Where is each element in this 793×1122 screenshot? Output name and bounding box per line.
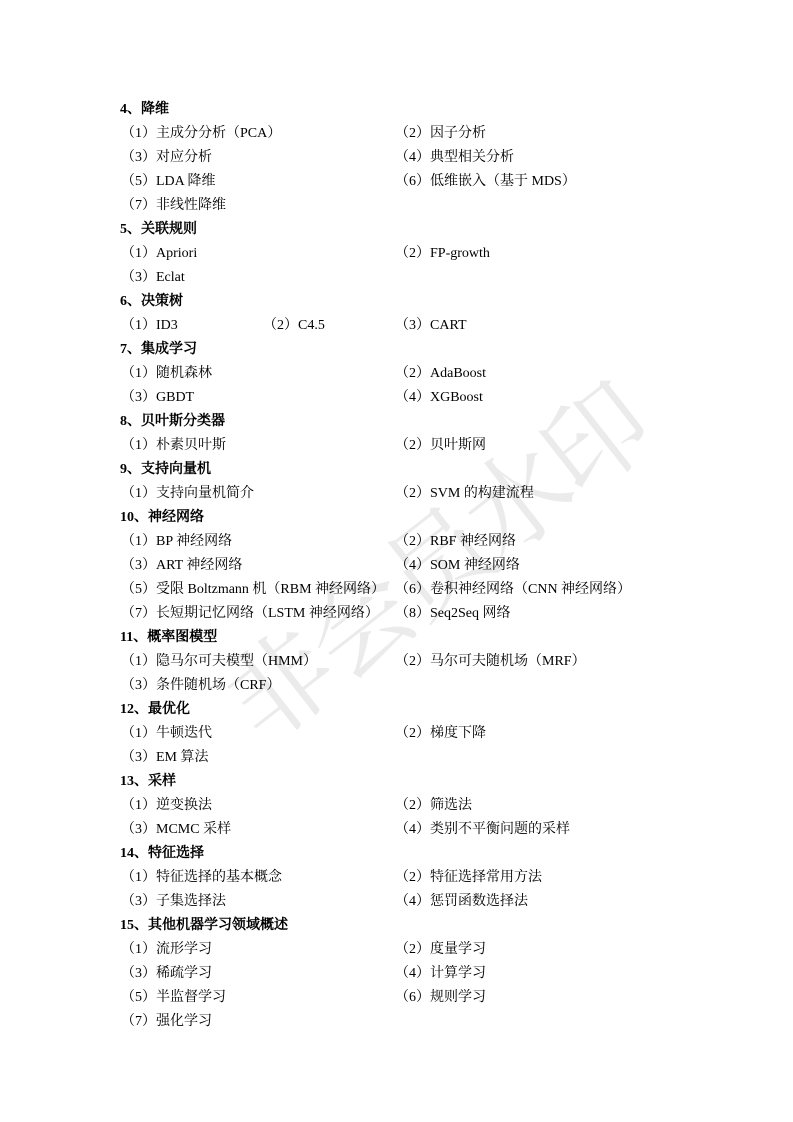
list-item: （2）SVM 的构建流程 (395, 482, 534, 506)
document-page: 非会员水印 4、降维 （1）主成分分析（PCA） （2）因子分析 （3）对应分析… (0, 0, 793, 1122)
list-item: （1）BP 神经网络 (121, 530, 232, 554)
list-row: （7）长短期记忆网络（LSTM 神经网络） （8）Seq2Seq 网络 (0, 602, 793, 626)
list-row: （1）支持向量机简介 （2）SVM 的构建流程 (0, 482, 793, 506)
section-heading-row: 7、集成学习 (0, 338, 793, 362)
list-row: （1）BP 神经网络 （2）RBF 神经网络 (0, 530, 793, 554)
list-item: （8）Seq2Seq 网络 (395, 602, 511, 626)
list-item: （3）子集选择法 (121, 890, 226, 914)
section-heading-optimization: 12、最优化 (120, 698, 190, 722)
list-item: （2）筛选法 (395, 794, 472, 818)
list-row: （3）子集选择法 （4）惩罚函数选择法 (0, 890, 793, 914)
list-row: （1）主成分分析（PCA） （2）因子分析 (0, 122, 793, 146)
list-row: （3）对应分析 （4）典型相关分析 (0, 146, 793, 170)
list-item: （6）低维嵌入（基于 MDS） (395, 170, 576, 194)
list-row: （1）隐马尔可夫模型（HMM） （2）马尔可夫随机场（MRF） (0, 650, 793, 674)
list-item: （1）Apriori (121, 242, 197, 266)
list-row: （1）Apriori （2）FP-growth (0, 242, 793, 266)
section-heading-row: 5、关联规则 (0, 218, 793, 242)
section-heading-svm: 9、支持向量机 (120, 458, 211, 482)
list-item: （1）牛顿迭代 (121, 722, 212, 746)
list-row: （1）逆变换法 （2）筛选法 (0, 794, 793, 818)
list-row: （1）特征选择的基本概念 （2）特征选择常用方法 (0, 866, 793, 890)
section-heading-feature-selection: 14、特征选择 (120, 842, 204, 866)
list-row: （1）朴素贝叶斯 （2）贝叶斯网 (0, 434, 793, 458)
list-item: （3）GBDT (121, 386, 194, 410)
section-heading-probabilistic-graphical-models: 11、概率图模型 (120, 626, 217, 650)
list-item: （1）朴素贝叶斯 (121, 434, 226, 458)
list-row: （3）稀疏学习 （4）计算学习 (0, 962, 793, 986)
list-row: （1）ID3 （2）C4.5 （3）CART (0, 314, 793, 338)
section-heading-decision-tree: 6、决策树 (120, 290, 183, 314)
list-item: （2）RBF 神经网络 (395, 530, 516, 554)
list-item: （3）条件随机场（CRF） (121, 674, 280, 698)
list-row: （3）MCMC 采样 （4）类别不平衡问题的采样 (0, 818, 793, 842)
list-item: （1）隐马尔可夫模型（HMM） (121, 650, 317, 674)
list-item: （4）XGBoost (395, 386, 483, 410)
list-item: （7）强化学习 (121, 1010, 212, 1034)
list-item: （6）卷积神经网络（CNN 神经网络） (395, 578, 631, 602)
section-heading-row: 9、支持向量机 (0, 458, 793, 482)
list-item: （2）马尔可夫随机场（MRF） (395, 650, 586, 674)
list-item: （3）EM 算法 (121, 746, 209, 770)
section-heading-sampling: 13、采样 (120, 770, 176, 794)
section-heading-row: 14、特征选择 (0, 842, 793, 866)
list-row: （7）强化学习 (0, 1010, 793, 1034)
list-item: （4）SOM 神经网络 (395, 554, 520, 578)
list-item: （1）随机森林 (121, 362, 212, 386)
list-item: （3）稀疏学习 (121, 962, 212, 986)
list-item: （5）LDA 降维 (121, 170, 216, 194)
outline-content: 4、降维 （1）主成分分析（PCA） （2）因子分析 （3）对应分析 （4）典型… (0, 98, 793, 1034)
list-item: （4）典型相关分析 (395, 146, 514, 170)
list-item: （2）因子分析 (395, 122, 486, 146)
section-heading-row: 11、概率图模型 (0, 626, 793, 650)
list-row: （5）受限 Boltzmann 机（RBM 神经网络） （6）卷积神经网络（CN… (0, 578, 793, 602)
list-item: （1）支持向量机简介 (121, 482, 254, 506)
list-row: （1）牛顿迭代 （2）梯度下降 (0, 722, 793, 746)
list-item: （3）对应分析 (121, 146, 212, 170)
section-heading-row: 13、采样 (0, 770, 793, 794)
list-item: （2）贝叶斯网 (395, 434, 486, 458)
list-item: （2）梯度下降 (395, 722, 486, 746)
list-row: （5）半监督学习 （6）规则学习 (0, 986, 793, 1010)
section-heading-row: 8、贝叶斯分类器 (0, 410, 793, 434)
list-row: （3）EM 算法 (0, 746, 793, 770)
section-heading-row: 15、其他机器学习领域概述 (0, 914, 793, 938)
list-row: （3）GBDT （4）XGBoost (0, 386, 793, 410)
list-item: （5）半监督学习 (121, 986, 226, 1010)
list-item: （2）特征选择常用方法 (395, 866, 542, 890)
list-row: （1）随机森林 （2）AdaBoost (0, 362, 793, 386)
section-heading-row: 12、最优化 (0, 698, 793, 722)
list-item: （2）C4.5 (263, 314, 325, 338)
section-heading-row: 6、决策树 (0, 290, 793, 314)
list-row: （3）条件随机场（CRF） (0, 674, 793, 698)
section-heading-bayes-classifier: 8、贝叶斯分类器 (120, 410, 225, 434)
list-row: （5）LDA 降维 （6）低维嵌入（基于 MDS） (0, 170, 793, 194)
section-heading-ensemble-learning: 7、集成学习 (120, 338, 197, 362)
section-heading-other-ml-fields: 15、其他机器学习领域概述 (120, 914, 288, 938)
list-item: （1）主成分分析（PCA） (121, 122, 281, 146)
section-heading-neural-networks: 10、神经网络 (120, 506, 204, 530)
section-heading-dimensionality-reduction: 4、降维 (120, 98, 169, 122)
list-row: （1）流形学习 （2）度量学习 (0, 938, 793, 962)
list-item: （2）FP-growth (395, 242, 490, 266)
list-item: （3）Eclat (121, 266, 185, 290)
list-item: （4）惩罚函数选择法 (395, 890, 528, 914)
list-item: （7）非线性降维 (121, 194, 226, 218)
list-item: （1）逆变换法 (121, 794, 212, 818)
list-item: （7）长短期记忆网络（LSTM 神经网络） (121, 602, 379, 626)
list-row: （7）非线性降维 (0, 194, 793, 218)
list-item: （5）受限 Boltzmann 机（RBM 神经网络） (121, 578, 385, 602)
section-heading-row: 10、神经网络 (0, 506, 793, 530)
section-heading-association-rules: 5、关联规则 (120, 218, 197, 242)
list-item: （4）计算学习 (395, 962, 486, 986)
list-item: （3）CART (395, 314, 467, 338)
list-item: （1）ID3 (121, 314, 178, 338)
list-item: （1）流形学习 (121, 938, 212, 962)
list-item: （3）MCMC 采样 (121, 818, 231, 842)
list-item: （1）特征选择的基本概念 (121, 866, 282, 890)
list-item: （3）ART 神经网络 (121, 554, 242, 578)
section-heading-row: 4、降维 (0, 98, 793, 122)
list-row: （3）Eclat (0, 266, 793, 290)
list-item: （2）AdaBoost (395, 362, 486, 386)
list-item: （4）类别不平衡问题的采样 (395, 818, 570, 842)
list-item: （6）规则学习 (395, 986, 486, 1010)
list-item: （2）度量学习 (395, 938, 486, 962)
list-row: （3）ART 神经网络 （4）SOM 神经网络 (0, 554, 793, 578)
